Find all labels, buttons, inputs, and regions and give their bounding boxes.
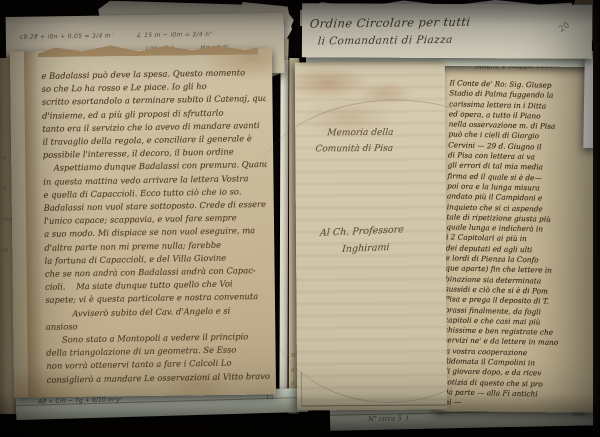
edge-mark: d xyxy=(291,381,296,387)
manuscript-photo: c9.28 + i0n + 0.05 = 3/4 m˙∠ 15 m − i0m … xyxy=(0,0,600,437)
bottom-scribble: N° circa 5 ) xyxy=(368,414,408,423)
address-line1: Al Ch. Professore xyxy=(320,224,405,239)
left-letter-text: e Badalassi può deve la spesa. Questo mo… xyxy=(41,66,270,387)
ordine-title-line1: Ordine Circolare per tutti xyxy=(309,15,471,31)
memoria-title-line2: Comunità di Pisa xyxy=(315,144,393,155)
pencil-annotations-row: c9.28 + i0n + 0.05 = 3/4 m˙∠ 15 m − i0m … xyxy=(20,31,213,41)
pencil-number-mark: 20 xyxy=(557,20,572,34)
left-letter-sheet: e Badalassi può deve la spesa. Questo mo… xyxy=(10,48,276,397)
formula-annotation: AB + Cm − 7g + 9/10 m²y² xyxy=(38,396,123,405)
margin-mark: me xyxy=(3,216,12,223)
handwritten-line: mi — xyxy=(442,397,592,411)
memoria-cover-sheet: Memoria della Comunità di Pisa Al Ch. Pr… xyxy=(295,61,447,410)
annotation-text: c9.28 + i0n + 0.05 = 3/4 m˙ xyxy=(20,32,114,40)
margin-mark: vi xyxy=(3,247,12,254)
memoria-title-line1: Memoria della xyxy=(327,128,394,138)
ink-frame-line xyxy=(301,370,446,406)
ordine-title-line2: li Comandanti di Piazza xyxy=(317,34,453,48)
annotation-text: ∠ 15 m − i0m = 3/4 h° xyxy=(136,31,212,39)
right-edge-shadow xyxy=(593,0,600,437)
ordine-circolare-sheet: Ordine Circolare per tutti li Comandanti… xyxy=(302,3,592,59)
address-line2: Inghirami xyxy=(342,242,390,255)
